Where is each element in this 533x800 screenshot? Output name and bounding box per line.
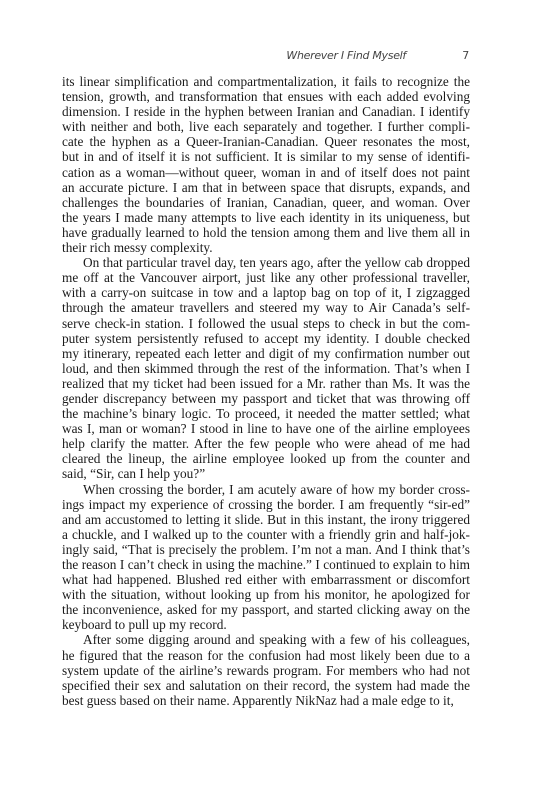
text-line: with the situation, without looking up f… [62,587,470,602]
text-line: a chuckle, and I walked up to the counte… [62,527,470,542]
text-line: serve check-in station. I followed the u… [62,316,470,331]
text-line: After some digging around and speaking w… [62,632,470,647]
paragraph: On that particular travel day, ten years… [62,255,470,481]
text-line: realized that my ticket had been issued … [62,376,470,391]
text-line: specified their sex and salutation on th… [62,678,470,693]
text-line: the reason I can’t check in using the ma… [62,557,470,572]
text-line: and am accustomed to letting it slide. B… [62,512,470,527]
text-line: tension, growth, and transformation that… [62,89,470,104]
text-line: challenges the boundaries of Iranian, Ca… [62,195,470,210]
text-line: On that particular travel day, ten years… [62,255,470,270]
text-line: said, “Sir, can I help you?” [62,466,470,481]
text-line: puter system persistently refused to acc… [62,331,470,346]
text-line: system update of the airline’s rewards p… [62,663,470,678]
paragraph: its linear simplification and compartmen… [62,74,470,255]
text-line: the inconvenience, asked for my passport… [62,602,470,617]
text-line: was I, man or woman? I stood in line to … [62,421,470,436]
text-line: but in and of itself it is not sufficien… [62,149,470,164]
text-line: best guess based on their name. Apparent… [62,693,470,708]
text-line: keyboard to pull up my record. [62,617,470,632]
text-line: cleared the lineup, the airline employee… [62,451,470,466]
text-line: ingly said, “That is precisely the probl… [62,542,470,557]
text-line: dimension. I reside in the hyphen betwee… [62,104,470,119]
text-line: have gradually learned to hold the tensi… [62,225,470,240]
text-line: gender discrepancy between my passport a… [62,391,470,406]
text-line: help clarify the matter. After the few p… [62,436,470,451]
body-text: its linear simplification and compartmen… [62,74,470,708]
text-line: with a carry-on suitcase in tow and a la… [62,285,470,300]
text-line: the years I made many attempts to live e… [62,210,470,225]
text-line: me off at the Vancouver airport, just li… [62,270,470,285]
text-line: my itinerary, repeated each letter and d… [62,346,470,361]
text-line: cation as a woman—without queer, woman i… [62,165,470,180]
running-head: Wherever I Find Myself 7 [62,49,470,65]
text-line: what had happened. Blushed red either wi… [62,572,470,587]
text-line: through the amateur travellers and steer… [62,300,470,315]
running-head-title: Wherever I Find Myself [286,49,406,62]
paragraph: When crossing the border, I am acutely a… [62,482,470,633]
text-line: its linear simplification and compartmen… [62,74,470,89]
text-line: an accurate picture. I am that in betwee… [62,180,470,195]
text-line: loud, and then skimmed through the rest … [62,361,470,376]
text-line: with neither and both, live each separat… [62,119,470,134]
text-line: When crossing the border, I am acutely a… [62,482,470,497]
text-line: the machine’s binary logic. To proceed, … [62,406,470,421]
text-line: ings impact my experience of crossing th… [62,497,470,512]
book-page: Wherever I Find Myself 7 its linear simp… [0,0,533,800]
paragraph: After some digging around and speaking w… [62,632,470,707]
text-line: their rich messy complexity. [62,240,470,255]
text-line: he figured that the reason for the confu… [62,648,470,663]
text-line: cate the hyphen as a Queer-Iranian-Canad… [62,134,470,149]
page-number: 7 [462,49,469,62]
